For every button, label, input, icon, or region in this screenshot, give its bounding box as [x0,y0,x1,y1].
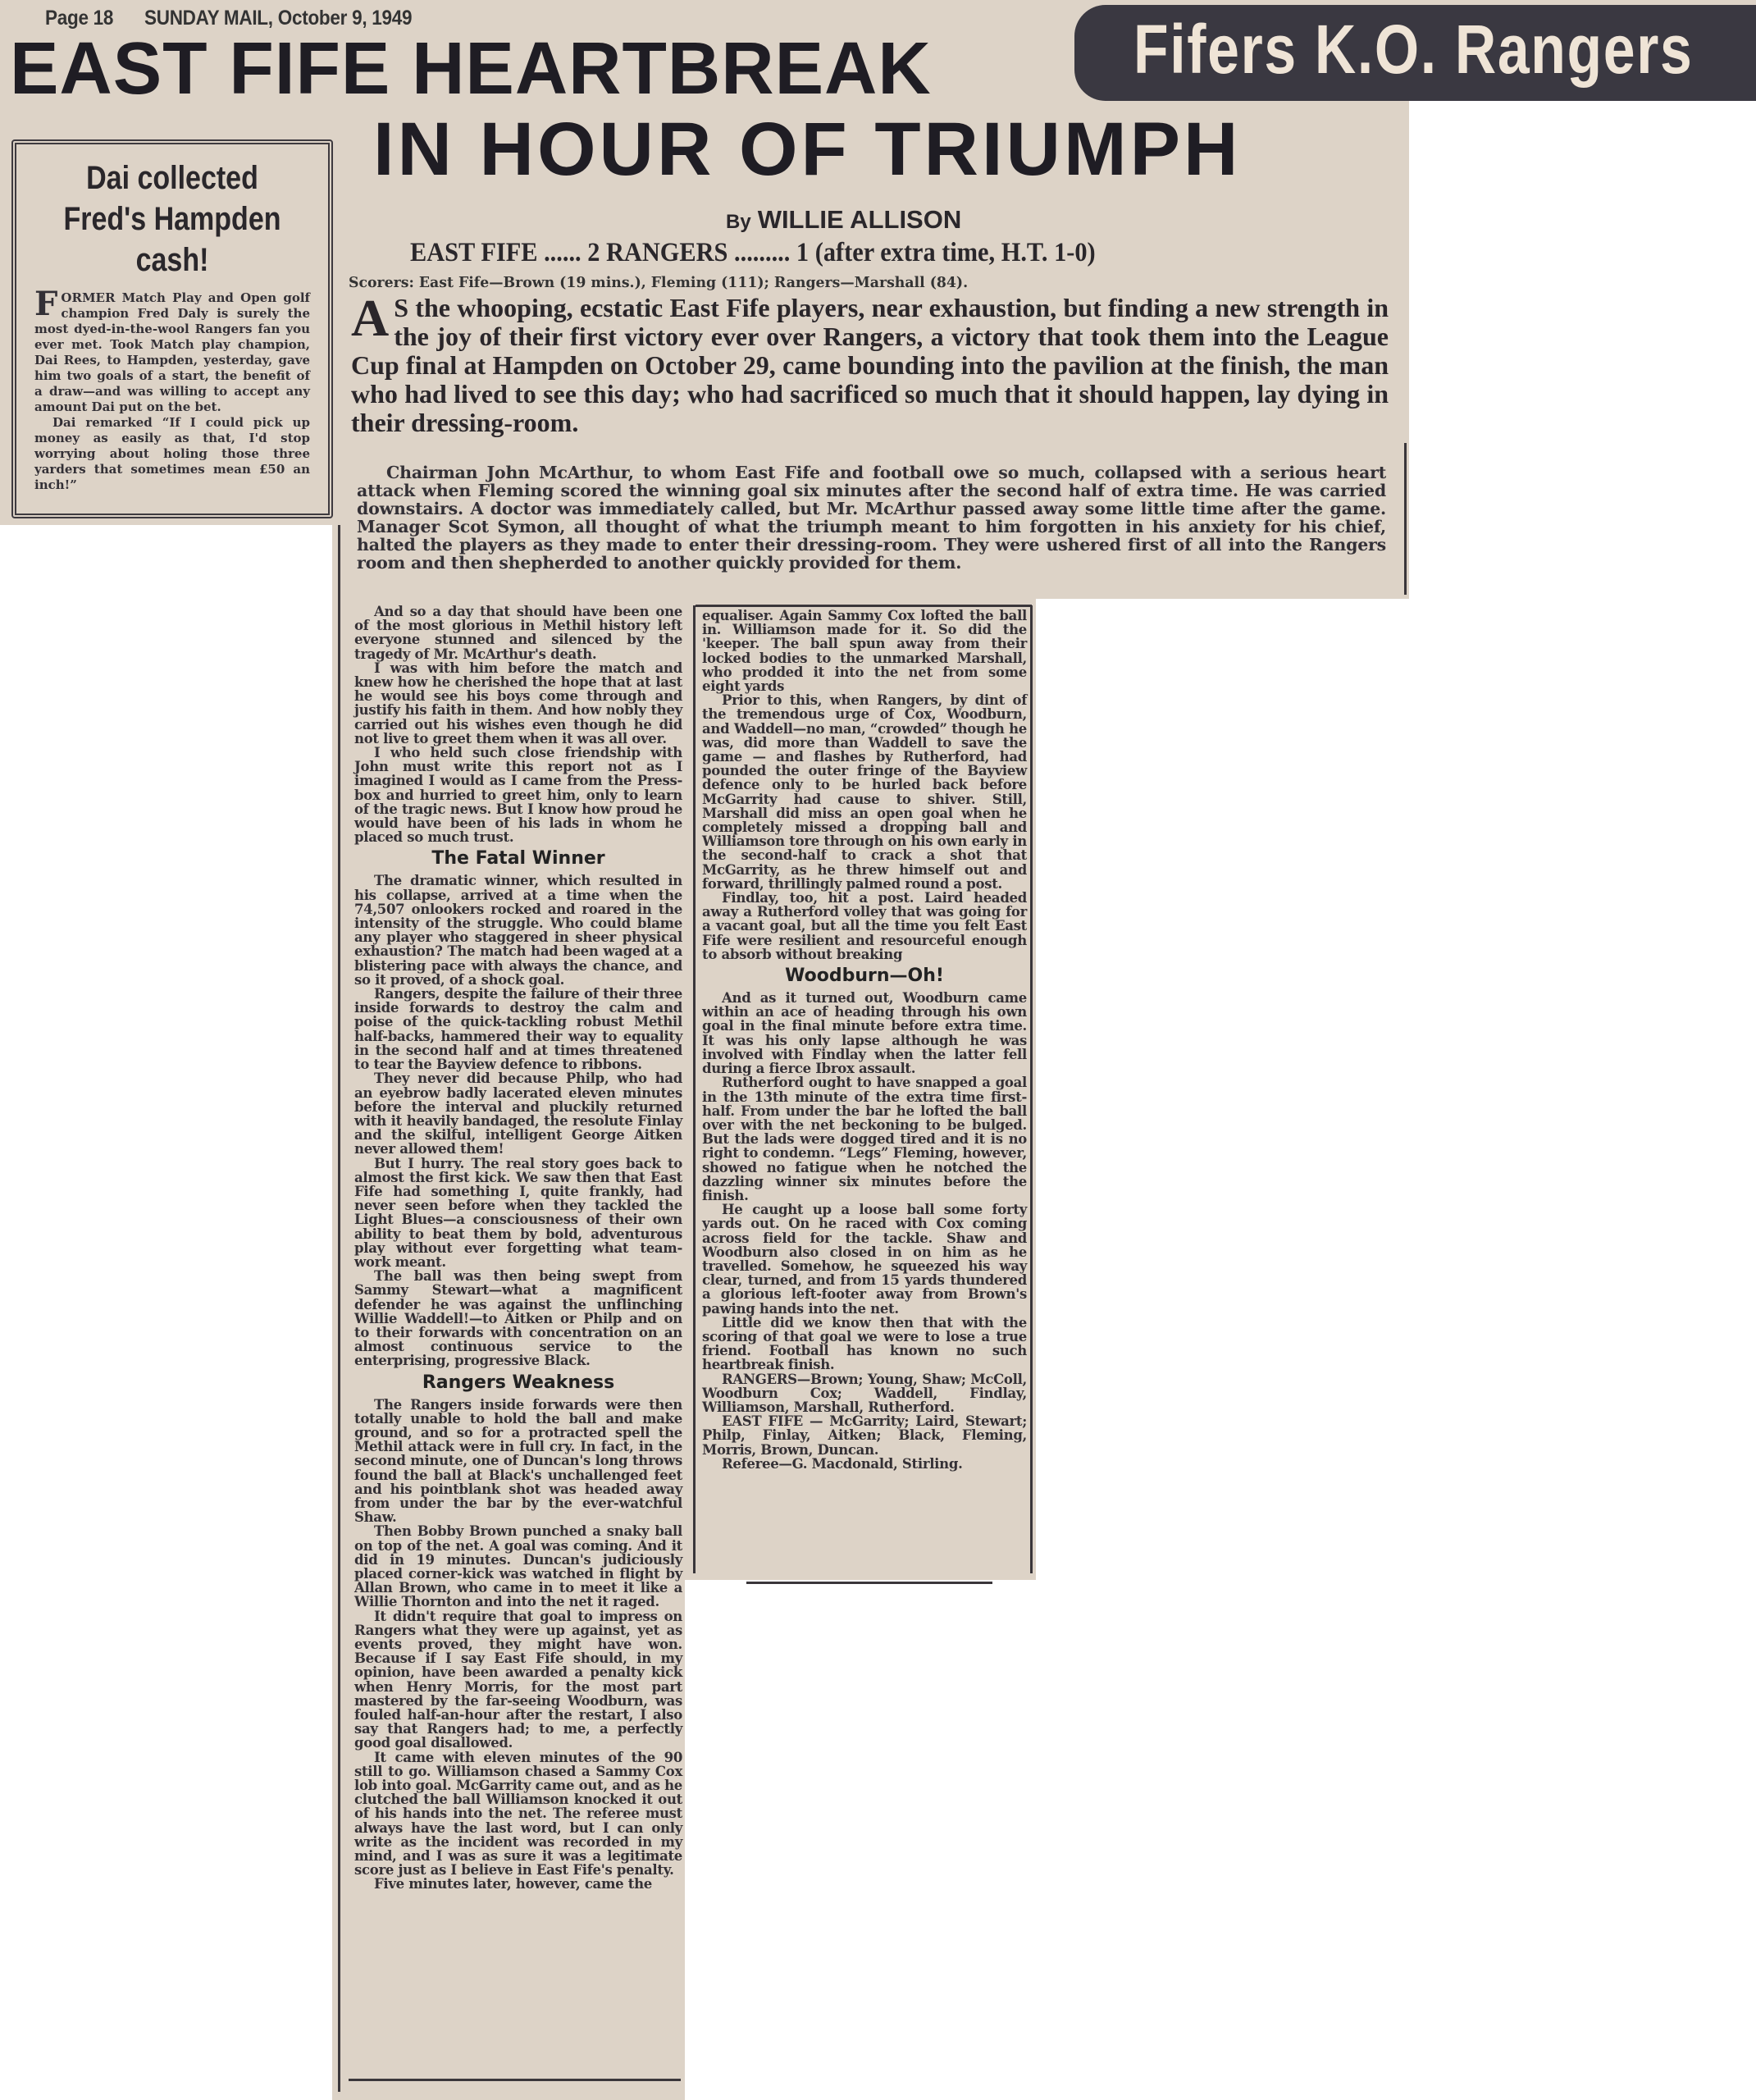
paragraph: And so a day that should have been one o… [354,605,682,661]
paragraph: The dramatic winner, which resulted in h… [354,874,682,987]
column-end-rule [746,1582,992,1584]
column-rule [1030,605,1033,1573]
column-rule [1404,443,1407,595]
sidebar-box: Dai collected Fred's Hampden cash! FORME… [11,139,333,518]
paragraph: I was with him before the match and knew… [354,661,682,746]
sidebar-title: Dai collected Fred's Hampden cash! [55,157,290,281]
paragraph: The Rangers inside forwards were then to… [354,1398,682,1525]
banner-text: Fifers K.O. Rangers [1133,10,1693,89]
team-lineup: EAST FIFE — McGarrity; Laird, Stewart; P… [702,1414,1027,1457]
masthead: Page 18SUNDAY MAIL, October 9, 1949 [45,7,412,30]
paragraph: Rutherford ought to have snapped a goal … [702,1075,1027,1203]
column-end-rule [349,2079,681,2081]
headline-line-1: EAST FIFE HEARTBREAK [10,28,932,110]
column-rule [693,605,696,1573]
paragraph: The ball was then being swept from Sammy… [354,1269,682,1367]
column-rule [696,605,1032,607]
paragraph: It came with eleven minutes of the 90 st… [354,1751,682,1878]
paragraph: Prior to this, when Rangers, by dint of … [702,693,1027,891]
paragraph: But I hurry. The real story goes back to… [354,1157,682,1270]
paper-date: SUNDAY MAIL, October 9, 1949 [144,7,412,30]
subheading: Woodburn—Oh! [702,963,1027,989]
paragraph: Little did we know then that with the sc… [702,1316,1027,1372]
paragraph: equaliser. Again Sammy Cox lofted the ba… [702,609,1027,693]
paragraph: Rangers, despite the failure of their th… [354,987,682,1071]
sidebar-body: FORMER Match Play and Open golf champion… [34,290,310,493]
author-name: WILLIE ALLISON [758,205,962,234]
byline: ByWILLIE ALLISON [726,205,961,235]
article-column-1: And so a day that should have been one o… [354,605,682,1892]
paragraph: Then Bobby Brown punched a snaky ball on… [354,1524,682,1609]
sidebar-paragraph: Dai remarked “If I could pick up money a… [34,415,310,493]
intro-paragraph: Chairman John McArthur, to whom East Fif… [357,463,1386,572]
subheading: The Fatal Winner [354,846,682,872]
sidebar-paragraph: FORMER Match Play and Open golf champion… [34,290,310,415]
paragraph: I who held such close friendship with Jo… [354,746,682,844]
paragraph: Five minutes later, however, came the [354,1877,682,1891]
column-rule [338,525,340,2092]
lede-paragraph: AS the whooping, ecstatic East Fife play… [351,294,1389,437]
paragraph: It didn't require that goal to impress o… [354,1609,682,1751]
subheading: Rangers Weakness [354,1370,682,1396]
lede-dropcap: A [351,295,389,341]
scorers-line: Scorers: East Fife—Brown (19 mins.), Fle… [349,274,968,291]
paragraph: He caught up a loose ball some forty yar… [702,1203,1027,1316]
page-number: Page 18 [45,7,113,30]
headline-line-2: IN HOUR OF TRIUMPH [373,108,1241,190]
referee-line: Referee—G. Macdonald, Stirling. [702,1457,1027,1471]
banner: Fifers K.O. Rangers [1074,5,1756,101]
paragraph: Findlay, too, hit a post. Laird headed a… [702,891,1027,961]
score-line: EAST FIFE ...... 2 RANGERS ......... 1 (… [410,238,1096,268]
paragraph: And as it turned out, Woodburn came with… [702,991,1027,1075]
paragraph: They never did because Philp, who had an… [354,1071,682,1156]
team-lineup: RANGERS—Brown; Young, Shaw; McColl, Wood… [702,1372,1027,1415]
article-column-2: equaliser. Again Sammy Cox lofted the ba… [702,609,1027,1471]
sidebar-dropcap: F [34,290,57,318]
